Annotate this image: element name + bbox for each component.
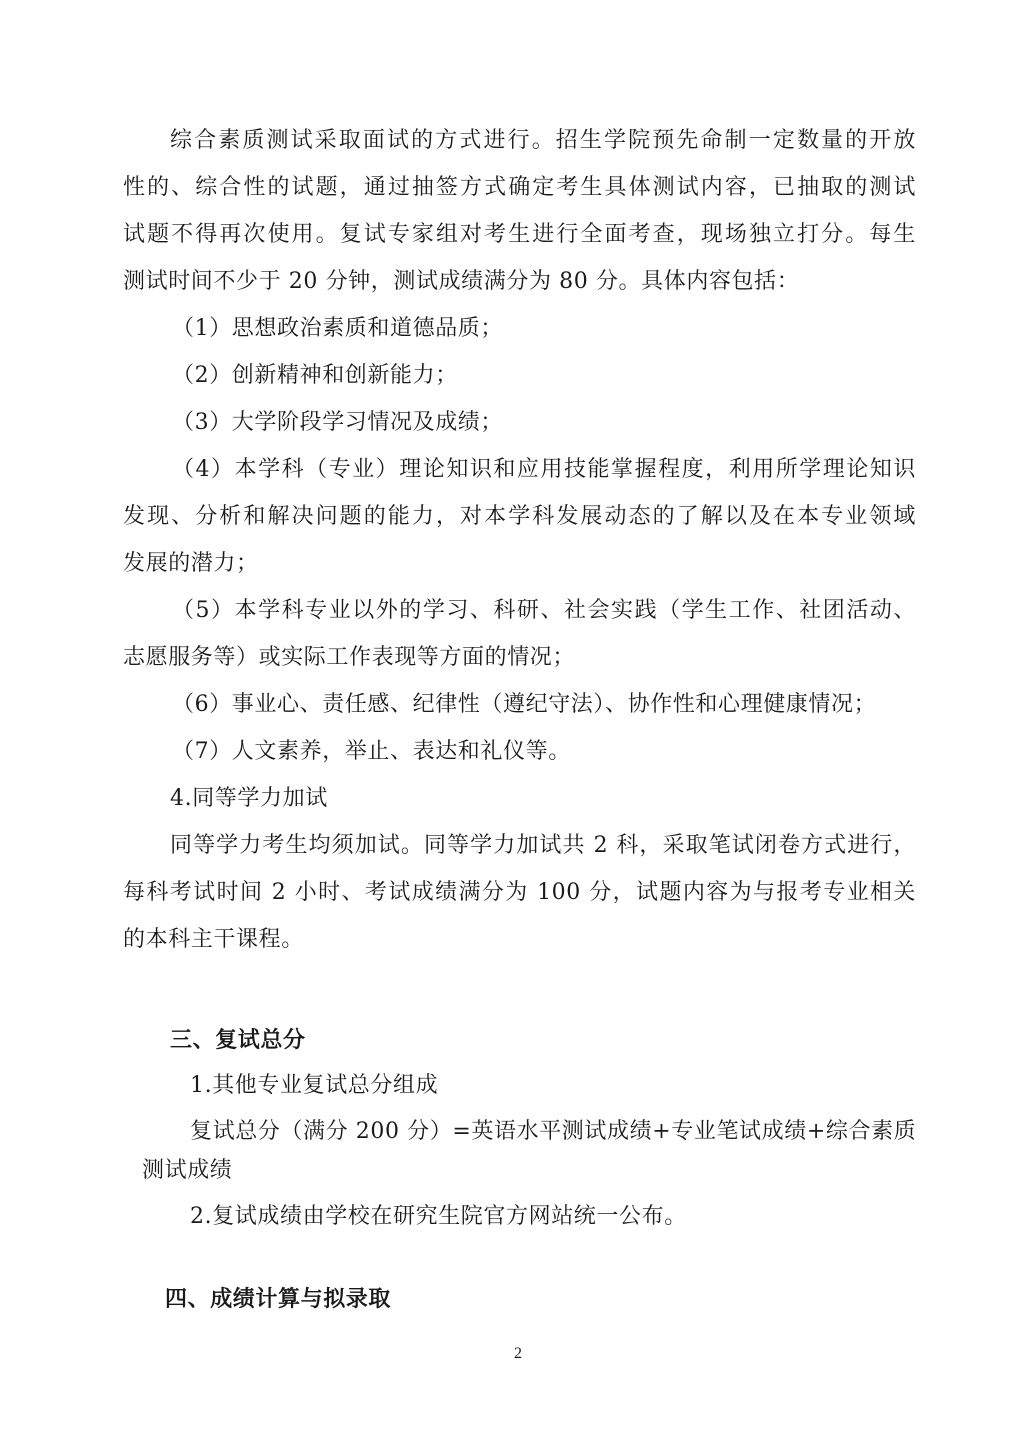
list-item-1: （1）思想政治素质和道德品质； xyxy=(172,314,503,344)
section-3-heading: 三、复试总分 xyxy=(170,1026,306,1056)
section-3-item-2: 2.复试成绩由学校在研究生院官方网站统一公布。 xyxy=(190,1202,687,1232)
list-item-7: （7）人文素养，举止、表达和礼仪等。 xyxy=(172,737,571,767)
section-3-item-1-title: 1.其他专业复试总分组成 xyxy=(190,1071,438,1101)
subsection-4-title: 4.同等学力加试 xyxy=(170,784,328,814)
list-item-2: （2）创新精神和创新能力； xyxy=(172,361,458,391)
page-number: 2 xyxy=(0,1344,1024,1364)
document-page: 综合素质测试采取面试的方式进行。招生学院预先命制一定数量的开放 性的、综合性的试… xyxy=(0,0,1024,1448)
section-3-item-1-line-1: 复试总分（满分 200 分）=英语水平测试成绩+专业笔试成绩+综合素质 xyxy=(190,1117,916,1147)
section-4-heading: 四、成绩计算与拟录取 xyxy=(165,1285,391,1315)
list-item-4-line-1: （4）本学科（专业）理论知识和应用技能掌握程度，利用所学理论知识 xyxy=(172,455,916,485)
paragraph-intro-line-3: 试题不得再次使用。复试专家组对考生进行全面考查，现场独立打分。每生 xyxy=(123,220,916,250)
list-item-4-line-3: 发展的潜力； xyxy=(123,549,259,579)
list-item-5-line-1: （5）本学科专业以外的学习、科研、社会实践（学生工作、社团活动、 xyxy=(172,596,916,626)
list-item-3: （3）大学阶段学习情况及成绩； xyxy=(172,408,503,438)
subsection-4-line-3: 的本科主干课程。 xyxy=(123,925,304,955)
list-item-5-line-2: 志愿服务等）或实际工作表现等方面的情况； xyxy=(123,643,575,673)
paragraph-intro-line-4: 测试时间不少于 20 分钟，测试成绩满分为 80 分。具体内容包括： xyxy=(123,267,799,297)
section-3-item-1-line-2: 测试成绩 xyxy=(142,1156,232,1186)
paragraph-intro-line-2: 性的、综合性的试题，通过抽签方式确定考生具体测试内容，已抽取的测试 xyxy=(123,173,916,203)
subsection-4-line-2: 每科考试时间 2 小时、考试成绩满分为 100 分，试题内容为与报考专业相关 xyxy=(123,878,916,908)
paragraph-intro-line-1: 综合素质测试采取面试的方式进行。招生学院预先命制一定数量的开放 xyxy=(170,126,916,156)
subsection-4-line-1: 同等学力考生均须加试。同等学力加试共 2 科，采取笔试闭卷方式进行， xyxy=(170,831,916,861)
list-item-6: （6）事业心、责任感、纪律性（遵纪守法）、协作性和心理健康情况； xyxy=(172,690,876,720)
list-item-4-line-2: 发现、分析和解决问题的能力，对本学科发展动态的了解以及在本专业领域 xyxy=(123,502,916,532)
